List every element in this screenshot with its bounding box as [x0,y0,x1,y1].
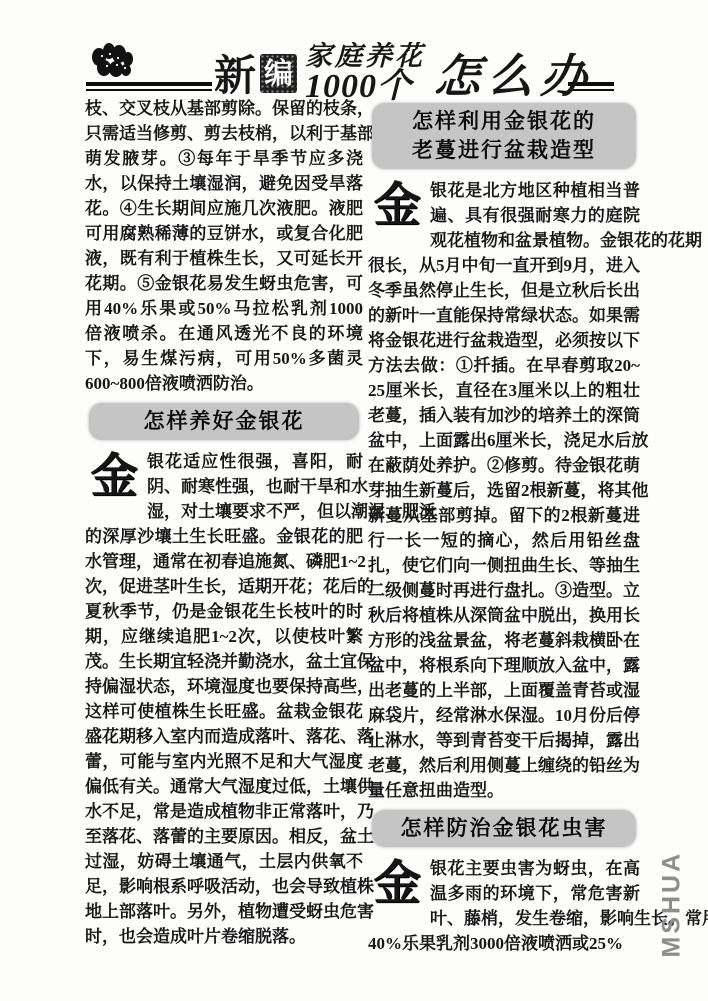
text-line: 液，既有利于植株生长，又可延长开 [85,246,363,271]
text-line: 秋后将植株从深筒盆中脱出，换用长 [368,603,640,628]
text-line: 足，影响根系呼吸活动，也会导致植株 [85,874,363,899]
text-line: 麻袋片，经常淋水保湿。10月份后停 [368,703,640,728]
text-line: 600~800倍液喷洒防治。 [85,371,363,396]
text-line: 只需适当修剪、剪去枝梢，以利于基部 [85,121,363,146]
text-line: 下，易生煤污病，可用50%多菌灵 [85,346,363,371]
text-line: 次，促进茎叶生长，适期开花；花后的 [85,574,363,599]
text-line: 水管理，通常在初春追施氮、磷肥1~2 [85,549,363,574]
text-line: 冬季虽然停止生长，但是立秋后长出 [368,278,640,303]
text-line: 期，应继续追肥1~2次，以使枝叶繁 [85,624,363,649]
text-line: 水，以保持土壤湿润，避免因受旱落 [85,171,363,196]
section-bonsai-paragraph: 金 银花是北方地区种植相当普遍、具有很强耐寒力的庭院观花植物和盆景植物。金银花的… [368,178,640,803]
text-line: 萌发腋芽。③每年于旱季节应多浇 [85,146,363,171]
text-line: 将金银花进行盆栽造型，必须按以下 [368,328,640,353]
text-line: 盛花期移入室内而造成落叶、落花、落 [85,724,363,749]
paragraph-lines: 银花适应性很强，喜阳，耐阴、耐寒性强，也耐干旱和水湿，对土壤要求不严，但以潮湿、… [85,449,363,949]
text-line: 40%乐果乳剂3000倍液喷洒或25% [368,931,640,956]
text-line: 怎样利用金银花的 [374,107,634,136]
text-line: 芽抽生新蔓后，选留2根新蔓，将其他 [368,478,640,503]
text-line: 方形的浅盆景盆，将老蔓斜栽横卧在 [368,628,640,653]
dropcap-jin: 金 [368,181,426,231]
masthead-rule-left [86,82,212,91]
text-line: 老蔓，然后利用侧蔓上缠绕的铅丝为 [368,753,640,778]
section-title-lines: 怎样利用金银花的老蔓进行盆栽造型 [374,107,634,165]
text-line: 老蔓进行盆栽造型 [374,136,634,165]
text-line: 行一长一短的摘心，然后用铅丝盘 [368,528,640,553]
text-line: 这样可使植株生长旺盛。盆栽金银花 [85,699,363,724]
text-line: 方法去做：①扦插。在早春剪取20~ [368,353,640,378]
section-title: 怎样防治金银花虫害 [374,814,634,843]
text-line: 用40%乐果或50%马拉松乳剂1000 [85,296,363,321]
book-page: 新 编 家庭养花 1000个 怎么办 枝、交叉枝从基部剪除。保留的枝条，只需适当… [0,0,708,1001]
text-line: 花。④生长期间应施几次液肥。液肥 [85,196,363,221]
text-line: 量任意扭曲造型。 [368,778,640,803]
section-header-bonsai: 怎样利用金银花的老蔓进行盆栽造型 [372,103,636,169]
section-header-care: 怎样养好金银花 [89,403,359,440]
text-line: 水不足，常是造成植物非正常落叶，乃 [85,799,363,824]
section-header-pests: 怎样防治金银花虫害 [372,810,636,847]
text-line: 在蔽荫处养护。②修剪。待金银花萌 [368,453,640,478]
text-line: 盆中，上面露出6厘米长，浇足水后放 [368,428,640,453]
text-line: 新蔓从基部剪掉。留下的2根新蔓进 [368,503,640,528]
text-line: 可用腐熟稀薄的豆饼水，或复合化肥 [85,221,363,246]
masthead-title-stack: 家庭养花 1000个 [305,43,425,104]
text-line: 倍液喷杀。在通风透光不良的环境 [85,321,363,346]
section-pests-paragraph: 金 银花主要虫害为蚜虫，在高温多雨的环境下，常危害新叶、藤梢，发生卷缩，影响生长… [368,856,640,956]
spine-watermark-text: MSHUA [658,863,688,958]
text-line: 出老蔓的上半部，上面覆盖青苔或湿 [368,678,640,703]
flower-cluster-icon [88,42,138,86]
text-line: 蕾，可能与室内光照不足和大气湿度 [85,749,363,774]
text-line: 的深厚沙壤土生长旺盛。金银花的肥 [85,524,363,549]
text-line: 至落花、落蕾的主要原因。相反，盆土 [85,824,363,849]
text-line: 花期。⑤金银花易发生蚜虫危害，可 [85,271,363,296]
paragraph-lines: 枝、交叉枝从基部剪除。保留的枝条，只需适当修剪、剪去枝梢，以利于基部萌发腋芽。③… [85,96,363,396]
text-line: 25厘米长，直径在3厘米以上的粗壮 [368,378,640,403]
section-care-paragraph: 金 银花适应性很强，喜阳，耐阴、耐寒性强，也耐干旱和水湿，对土壤要求不严，但以潮… [85,449,363,949]
text-line: 老蔓，插入装有加沙的培养土的深筒 [368,403,640,428]
text-line: 的新叶一直能保持常绿状态。如果需 [368,303,640,328]
text-line: 扎，使它们向一侧扭曲生长、等抽生 [368,553,640,578]
masthead-series-title: 家庭养花 [305,43,425,70]
section-title: 怎样养好金银花 [91,407,357,436]
masthead-boxed-char: 编 [260,54,297,93]
text-line: 很长，从5月中旬一直开到9月，进入 [368,253,640,278]
right-text-column: 怎样利用金银花的老蔓进行盆栽造型 金 银花是北方地区种植相当普遍、具有很强耐寒力… [368,96,640,956]
text-line: 盆中，将根系向下理顺放入盆中，露 [368,653,640,678]
text-line: 持偏湿状态，环境湿度也要保持高些， [85,674,363,699]
text-line: 二级侧蔓时再进行盘扎。③造型。立 [368,578,640,603]
text-line: 枝、交叉枝从基部剪除。保留的枝条， [85,96,363,121]
text-line: 止淋水，等到青苔变干后揭掉，露出 [368,728,640,753]
continued-paragraph: 枝、交叉枝从基部剪除。保留的枝条，只需适当修剪、剪去枝梢，以利于基部萌发腋芽。③… [85,96,363,396]
paragraph-lines: 银花是北方地区种植相当普遍、具有很强耐寒力的庭院观花植物和盆景植物。金银花的花期… [368,178,640,803]
text-line: 茂。生长期宜轻浇并勤浇水，盆土宜保 [85,649,363,674]
masthead-prefix-char: 新 [214,43,256,103]
text-line: 过湿，妨碍土壤通气，土层内供氧不 [85,849,363,874]
text-line: 地上部落叶。另外，植物遭受蚜虫危害 [85,899,363,924]
dropcap-jin: 金 [85,452,143,502]
left-text-column: 枝、交叉枝从基部剪除。保留的枝条，只需适当修剪、剪去枝梢，以利于基部萌发腋芽。③… [85,96,363,949]
text-line: 时，也会造成叶片卷缩脱落。 [85,924,363,949]
text-line: 夏秋季节，仍是金银花生长枝叶的时 [85,599,363,624]
text-line: 偏低有关。通常大气湿度过低，土壤供 [85,774,363,799]
dropcap-jin: 金 [368,859,426,909]
